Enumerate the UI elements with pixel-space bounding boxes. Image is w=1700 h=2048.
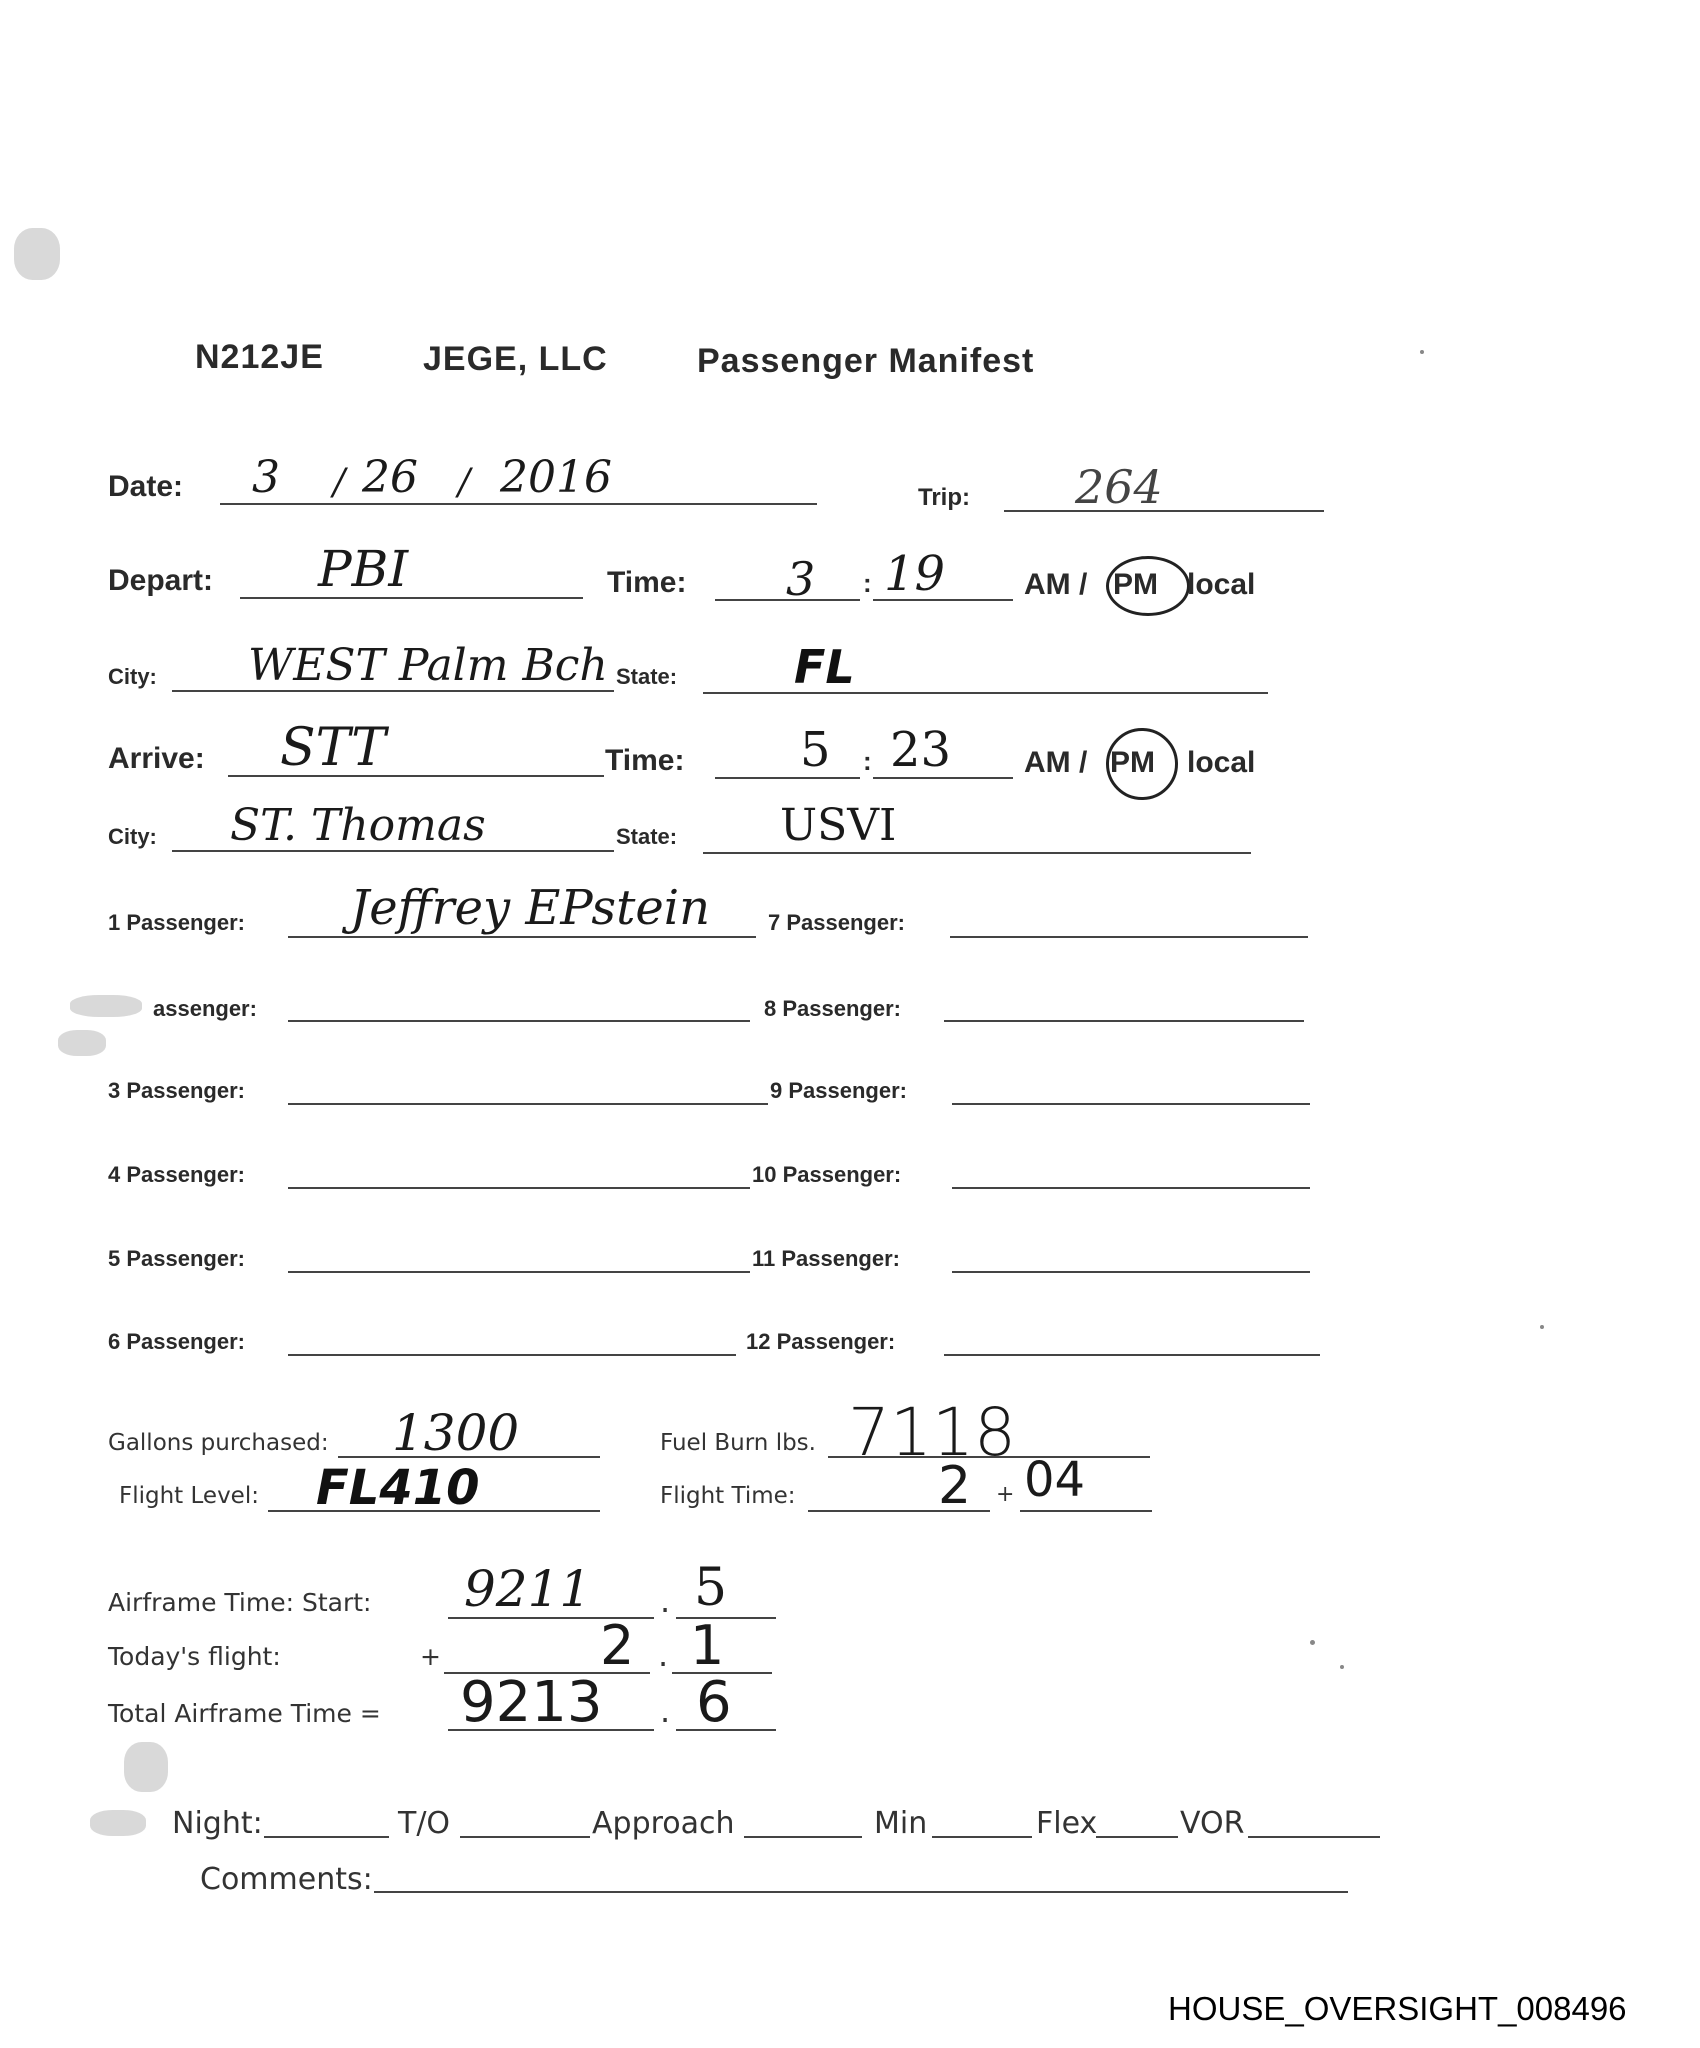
- passenger-11-label: 11 Passenger:: [752, 1246, 900, 1272]
- approach-label: Approach: [592, 1806, 735, 1841]
- todays-flight-whole: 2: [600, 1614, 634, 1677]
- approach-field[interactable]: [744, 1836, 862, 1838]
- flight-time-separator: +: [996, 1482, 1014, 1507]
- date-month-value: 3: [252, 452, 280, 503]
- arrive-city-label: City:: [108, 824, 157, 850]
- arrive-label: Arrive:: [108, 742, 205, 776]
- arrive-value: STT: [280, 718, 386, 778]
- depart-state-label: State:: [616, 664, 677, 690]
- scan-smudge: [70, 995, 142, 1017]
- minimums-field[interactable]: [932, 1836, 1032, 1838]
- todays-flight-dot: .: [658, 1636, 668, 1674]
- depart-label: Depart:: [108, 564, 213, 598]
- depart-pm-option[interactable]: PM: [1113, 568, 1158, 602]
- flex-label: Flex: [1036, 1806, 1097, 1841]
- passenger-7-field[interactable]: [950, 936, 1308, 938]
- arrive-am-option[interactable]: AM /: [1024, 746, 1087, 780]
- depart-am-option[interactable]: AM /: [1024, 568, 1087, 602]
- vor-field[interactable]: [1248, 1836, 1380, 1838]
- scan-smudge: [90, 1810, 146, 1836]
- passenger-2-label: assenger:: [153, 996, 257, 1022]
- todays-flight-plus: +: [420, 1642, 441, 1671]
- passenger-5-field[interactable]: [288, 1271, 750, 1273]
- vor-label: VOR: [1180, 1806, 1244, 1841]
- takeoff-label: T/O: [398, 1806, 450, 1841]
- passenger-7-label: 7 Passenger:: [768, 910, 905, 936]
- depart-value: PBI: [318, 540, 408, 598]
- airframe-start-whole: 9211: [464, 1560, 591, 1618]
- arrive-state-field[interactable]: [703, 852, 1251, 854]
- flight-time-minutes-field[interactable]: [1020, 1510, 1152, 1512]
- depart-time-hour: 3: [786, 552, 815, 606]
- passenger-10-field[interactable]: [952, 1187, 1310, 1189]
- scan-smudge: [124, 1742, 168, 1792]
- passenger-10-label: 10 Passenger:: [752, 1162, 901, 1188]
- arrive-time-colon: :: [863, 746, 872, 777]
- passenger-9-field[interactable]: [952, 1103, 1310, 1105]
- date-sep-icon: /: [458, 462, 470, 503]
- arrive-state-label: State:: [616, 824, 677, 850]
- passenger-1-value: Jeffrey EPstein: [350, 880, 710, 936]
- arrive-pm-option[interactable]: PM: [1110, 746, 1155, 780]
- passenger-6-field[interactable]: [288, 1354, 736, 1356]
- passenger-4-field[interactable]: [288, 1187, 750, 1189]
- todays-flight-tenth: 1: [690, 1614, 724, 1677]
- scan-smudge: [14, 228, 60, 280]
- passenger-1-field[interactable]: [288, 936, 756, 938]
- airframe-start-label: Airframe Time: Start:: [108, 1588, 371, 1617]
- gallons-purchased-label: Gallons purchased:: [108, 1430, 329, 1456]
- date-day-value: 26: [362, 452, 418, 503]
- depart-city-label: City:: [108, 664, 157, 690]
- flight-level-label: Flight Level:: [119, 1483, 259, 1509]
- bates-number: HOUSE_OVERSIGHT_008496: [1168, 1990, 1627, 2028]
- total-airframe-label: Total Airframe Time =: [108, 1699, 381, 1728]
- arrive-state-value: USVI: [780, 800, 896, 851]
- total-airframe-dot: .: [660, 1692, 670, 1730]
- gallons-purchased-value: 1300: [392, 1404, 519, 1462]
- flight-time-minutes: 04: [1024, 1452, 1085, 1508]
- arrive-time-hour-field[interactable]: [715, 777, 860, 779]
- passenger-12-field[interactable]: [944, 1354, 1320, 1356]
- minimums-label: Min: [874, 1806, 927, 1841]
- fuel-burn-value: 7118: [848, 1394, 1016, 1471]
- date-sep-icon: /: [333, 462, 345, 503]
- date-label: Date:: [108, 470, 183, 504]
- depart-local-label: local: [1187, 568, 1255, 602]
- date-year-value: 2016: [500, 452, 612, 503]
- passenger-8-label: 8 Passenger:: [764, 996, 901, 1022]
- passenger-11-field[interactable]: [952, 1271, 1310, 1273]
- comments-field[interactable]: [374, 1891, 1348, 1893]
- passenger-6-label: 6 Passenger:: [108, 1329, 245, 1355]
- date-field[interactable]: [220, 503, 817, 505]
- total-airframe-whole: 9213: [460, 1670, 603, 1735]
- tail-number: N212JE: [195, 338, 324, 377]
- flex-field[interactable]: [1096, 1836, 1178, 1838]
- depart-time-minute: 19: [884, 546, 945, 602]
- arrive-city-value: ST. Thomas: [230, 800, 486, 851]
- depart-state-field[interactable]: [703, 692, 1268, 694]
- depart-time-colon: :: [863, 568, 872, 599]
- flight-time-label: Flight Time:: [660, 1483, 796, 1509]
- trip-field[interactable]: [1004, 510, 1324, 512]
- arrive-time-hour: 5: [800, 722, 831, 778]
- depart-field[interactable]: [240, 597, 583, 599]
- scan-speck: [1310, 1640, 1315, 1645]
- airframe-start-tenth: 5: [694, 1558, 727, 1618]
- fuel-burn-label: Fuel Burn lbs.: [660, 1430, 816, 1456]
- total-airframe-tenth: 6: [696, 1670, 732, 1735]
- depart-city-value: WEST Palm Bch: [248, 640, 608, 691]
- scan-speck: [1340, 1665, 1344, 1669]
- todays-flight-label: Today's flight:: [108, 1642, 281, 1671]
- flight-time-hours: 2: [938, 1456, 971, 1516]
- scan-smudge: [58, 1030, 106, 1056]
- takeoff-field[interactable]: [460, 1836, 590, 1838]
- passenger-4-label: 4 Passenger:: [108, 1162, 245, 1188]
- depart-time-label: Time:: [607, 566, 686, 600]
- scan-speck: [1540, 1325, 1544, 1329]
- passenger-5-label: 5 Passenger:: [108, 1246, 245, 1272]
- passenger-8-field[interactable]: [944, 1020, 1304, 1022]
- arrive-local-label: local: [1187, 746, 1255, 780]
- night-label: Night:: [172, 1806, 263, 1841]
- depart-state-value: FL: [794, 640, 855, 694]
- airframe-start-dot: .: [660, 1582, 670, 1620]
- night-field[interactable]: [264, 1836, 389, 1838]
- passenger-1-label: 1 Passenger:: [108, 910, 245, 936]
- arrive-time-minute: 23: [890, 722, 951, 778]
- passenger-3-label: 3 Passenger:: [108, 1078, 245, 1104]
- comments-label: Comments:: [200, 1862, 373, 1897]
- passenger-12-label: 12 Passenger:: [746, 1329, 895, 1355]
- company-name: JEGE, LLC: [423, 340, 608, 379]
- flight-level-value: FL410: [316, 1460, 480, 1516]
- trip-value: 264: [1075, 460, 1163, 514]
- passenger-2-field[interactable]: [288, 1020, 750, 1022]
- page-title: Passenger Manifest: [697, 342, 1034, 381]
- trip-label: Trip:: [918, 484, 970, 512]
- arrive-time-label: Time:: [605, 744, 684, 778]
- scan-speck: [1420, 350, 1424, 354]
- passenger-9-label: 9 Passenger:: [770, 1078, 907, 1104]
- passenger-3-field[interactable]: [288, 1103, 768, 1105]
